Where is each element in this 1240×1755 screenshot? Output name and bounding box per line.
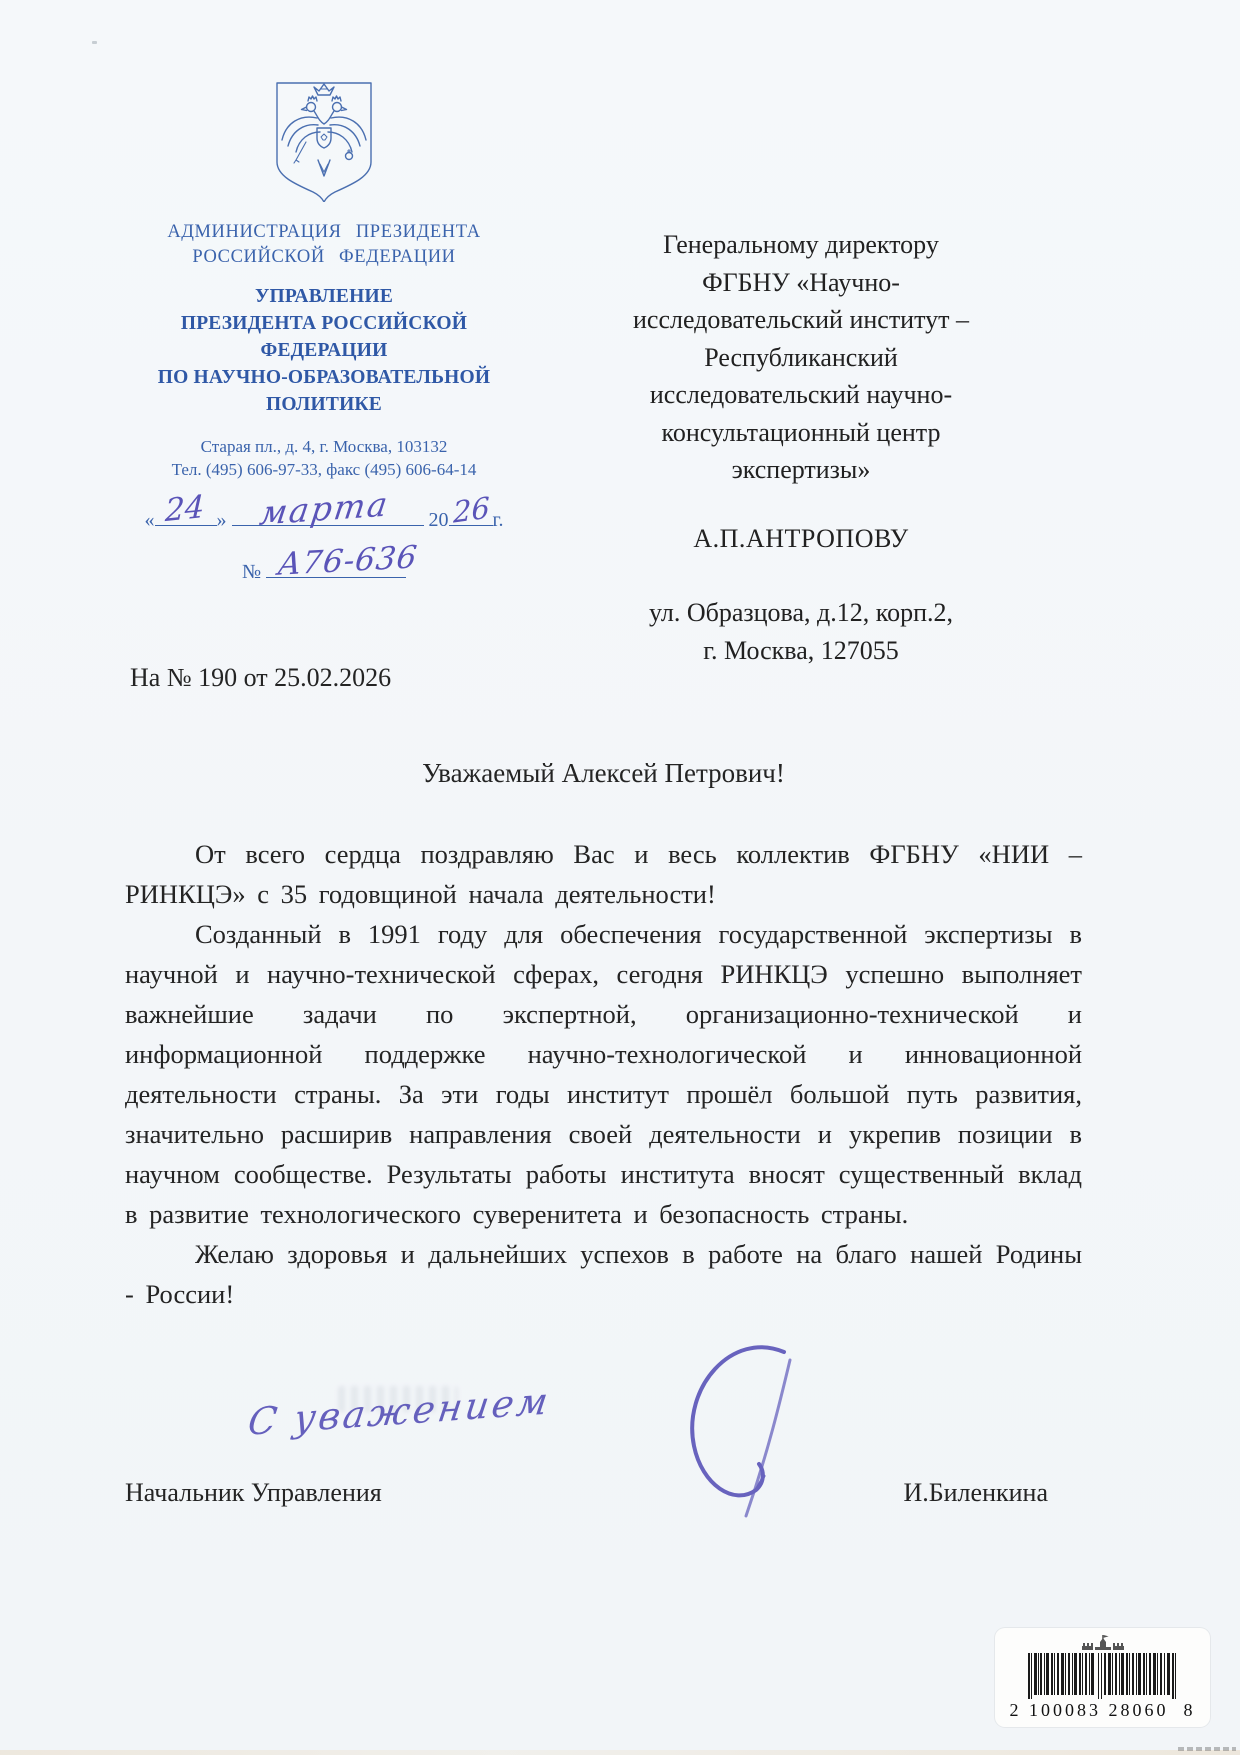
org-administration: АДМИНИСТРАЦИЯ ПРЕЗИДЕНТА РОССИЙСКОЙ ФЕДЕ… — [118, 220, 530, 270]
recipient-line: Генеральному директору — [555, 226, 1047, 264]
date-open-quote: « — [145, 509, 155, 531]
recipient-address-line2: г. Москва, 127055 — [555, 632, 1047, 670]
reference-line: На № 190 от 25.02.2026 — [130, 663, 391, 693]
letter-body: От всего сердца поздравляю Вас и весь ко… — [125, 834, 1082, 1314]
date-month-blank: марта — [232, 525, 424, 526]
scan-bottom-edge-artifact — [0, 1750, 1240, 1755]
scan-speck-artifact — [92, 41, 97, 44]
number-label: № — [242, 561, 261, 583]
org-directorate: УПРАВЛЕНИЕ ПРЕЗИДЕНТА РОССИЙСКОЙ ФЕДЕРАЦ… — [118, 283, 530, 418]
org-directorate-line1: УПРАВЛЕНИЕ — [118, 283, 530, 310]
recipient-address-line1: ул. Образцова, д.12, корп.2, — [555, 594, 1047, 632]
handwritten-year: 26 — [453, 490, 490, 529]
date-day-blank: 24 — [155, 525, 217, 526]
salutation: Уважаемый Алексей Петрович! — [125, 758, 1082, 789]
recipient-line: экспертизы» — [555, 451, 1047, 489]
barcode-bars — [1024, 1653, 1182, 1699]
number-line: № А76-636 — [118, 561, 530, 607]
signoff-name: И.Биленкина — [903, 1478, 1082, 1508]
barcode-digits: 2 100083 28060 8 — [995, 1700, 1210, 1721]
org-administration-line1: АДМИНИСТРАЦИЯ ПРЕЗИДЕНТА — [118, 220, 530, 245]
letterhead-address-line1: Старая пл., д. 4, г. Москва, 103132 — [118, 435, 530, 458]
signoff-position: Начальник Управления — [125, 1478, 382, 1508]
recipient-block: Генеральному директору ФГБНУ «Научно- ис… — [555, 226, 1047, 669]
number-blank: А76-636 — [266, 577, 406, 578]
scan-bottom-dash-artifact — [1178, 1747, 1236, 1751]
handwritten-month: марта — [257, 484, 391, 532]
recipient-line: исследовательский институт – — [555, 301, 1047, 339]
recipient-line: консультационный центр — [555, 414, 1047, 452]
recipient-line: исследовательский научно- — [555, 376, 1047, 414]
date-year-blank: 26 — [449, 525, 493, 526]
signoff-row: Начальник Управления И.Биленкина — [125, 1478, 1082, 1508]
date-close-quote: » — [217, 509, 227, 531]
recipient-name: А.П.АНТРОПОВУ — [555, 520, 1047, 558]
scanned-letter-page: АДМИНИСТРАЦИЯ ПРЕЗИДЕНТА РОССИЙСКОЙ ФЕДЕ… — [0, 0, 1240, 1755]
recipient-line: ФГБНУ «Научно- — [555, 264, 1047, 302]
org-administration-line2: РОССИЙСКОЙ ФЕДЕРАЦИИ — [118, 245, 530, 270]
russian-coat-of-arms-icon — [272, 80, 376, 202]
barcode-label: 2 100083 28060 8 — [995, 1628, 1210, 1727]
paragraph-1: От всего сердца поздравляю Вас и весь ко… — [125, 834, 1082, 914]
date-suffix: г. — [493, 509, 504, 531]
letterhead: АДМИНИСТРАЦИЯ ПРЕЗИДЕНТА РОССИЙСКОЙ ФЕДЕ… — [118, 80, 530, 607]
letterhead-address-line2: Тел. (495) 606-97-33, факс (495) 606-64-… — [118, 458, 530, 481]
handwritten-day: 24 — [164, 489, 205, 529]
recipient-line: Республиканский — [555, 339, 1047, 377]
handwritten-number: А76-636 — [276, 539, 420, 583]
org-directorate-line3: ПО НАУЧНО-ОБРАЗОВАТЕЛЬНОЙ ПОЛИТИКЕ — [118, 364, 530, 418]
paragraph-3: Желаю здоровья и дальнейших успехов в ра… — [125, 1234, 1082, 1314]
paragraph-2: Созданный в 1991 году для обеспечения го… — [125, 914, 1082, 1234]
org-directorate-line2: ПРЕЗИДЕНТА РОССИЙСКОЙ ФЕДЕРАЦИИ — [118, 310, 530, 364]
kremlin-emblem-icon — [1080, 1634, 1126, 1651]
letterhead-address: Старая пл., д. 4, г. Москва, 103132 Тел.… — [118, 435, 530, 481]
recipient-address: ул. Образцова, д.12, корп.2, г. Москва, … — [555, 594, 1047, 669]
date-century: 20 — [429, 509, 449, 531]
